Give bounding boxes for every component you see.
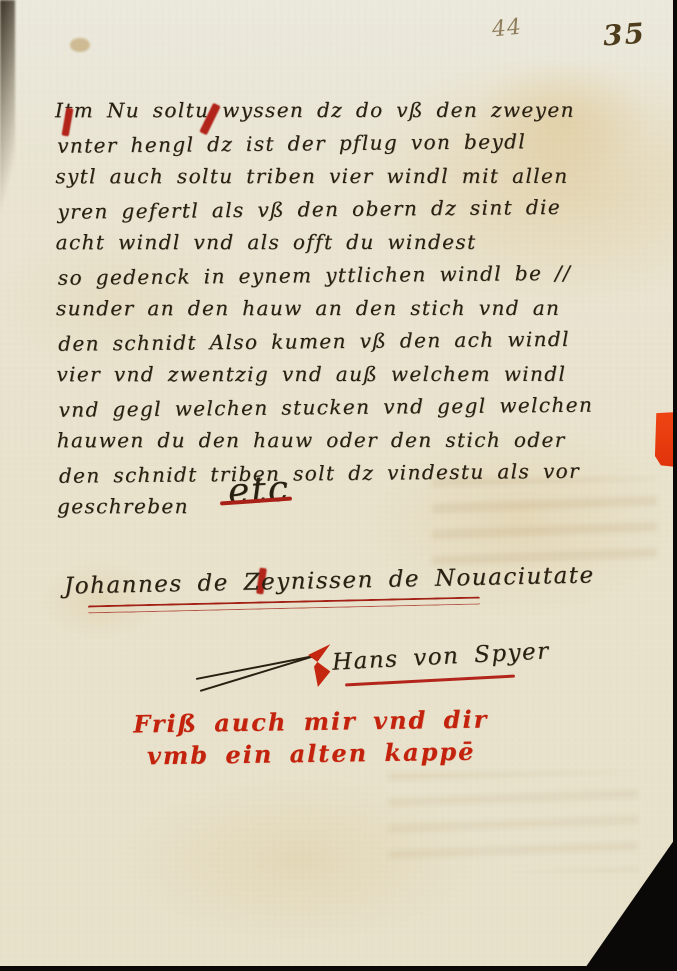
text-line: hauwen du den hauw oder den stich oder — [57, 424, 632, 458]
red-verse-line: vmb ein alten kappē — [96, 735, 526, 773]
etc-abbreviation: etc — [227, 468, 291, 512]
parchment-page: 44 35 Itm Nu soltu wyssen dz do vß den z… — [0, 0, 673, 966]
latin-signature: Johannes de Zeynissen de Nouaciutate — [64, 562, 595, 599]
text-line: sytl auch soltu triben vier windl mit al… — [55, 160, 630, 194]
text-line: Itm Nu soltu wyssen dz do vß den zweyen — [55, 94, 630, 128]
text-line: acht windl vnd als offt du windest — [56, 226, 631, 260]
german-signature: Hans von Spyer — [331, 638, 550, 675]
red-pennant-icon — [305, 642, 333, 688]
manuscript-text-block: Itm Nu soltu wyssen dz do vß den zweyen … — [55, 92, 632, 524]
binding-edge-shadow — [0, 0, 15, 235]
folio-number-pencil: 44 — [491, 15, 523, 43]
scan-background-edge — [0, 966, 677, 971]
red-underline — [345, 675, 515, 687]
text-line: so gedenck in eynem yttlichen windl be /… — [58, 256, 633, 295]
folio-number-ink: 35 — [602, 17, 647, 53]
red-underline — [88, 597, 480, 614]
text-line: yren gefertl als vß den obern dz sint di… — [57, 190, 632, 229]
text-line: sunder an den hauw an den stich vnd an — [56, 292, 631, 326]
text-line: vnter hengl dz ist der pflug von beydl — [57, 124, 632, 163]
scan-background-edge — [673, 0, 677, 971]
text-line: geschreben — [57, 490, 632, 524]
text-line: den schnidt Also kumen vß den ach windl — [58, 322, 633, 361]
text-line: den schnidt triben solt dz vindestu als … — [59, 454, 634, 493]
show-through-text — [388, 772, 638, 872]
text-line: vier vnd zwentzig vnd auß welchem windl — [56, 358, 631, 392]
ink-stain — [70, 38, 90, 52]
manuscript-scan: { "page": { "folio_number_pencil": "44",… — [0, 0, 677, 971]
text-line: vnd gegl welchen stucken vnd gegl welche… — [58, 388, 633, 427]
red-verse: Friß auch mir vnd dir vmb ein alten kapp… — [96, 703, 527, 773]
